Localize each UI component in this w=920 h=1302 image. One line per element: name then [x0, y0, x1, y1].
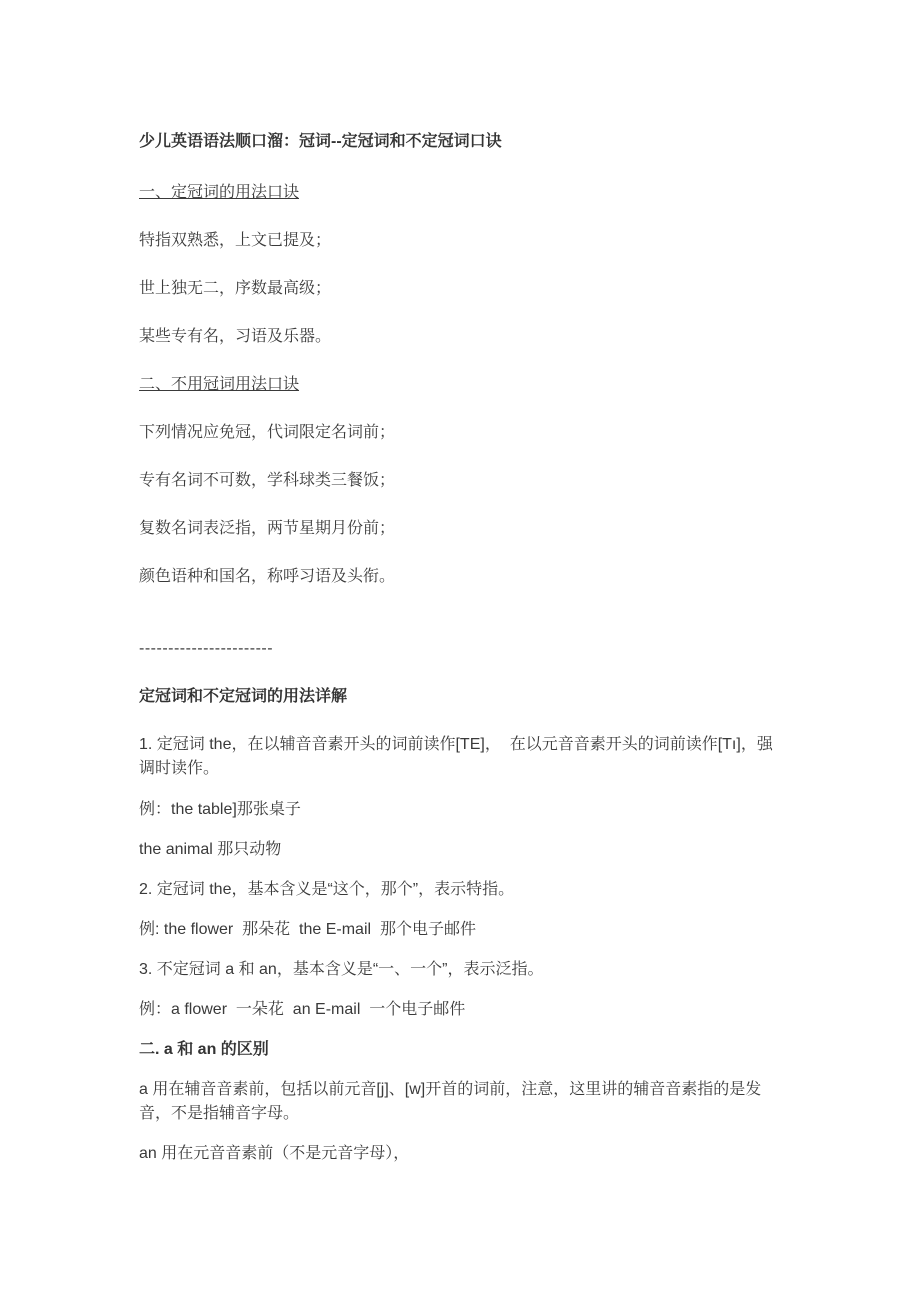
section1-rhyme-line: 特指双熟悉，上文已提及；: [139, 229, 781, 253]
section2-rhyme-line: 下列情况应免冠，代词限定名词前；: [139, 421, 781, 445]
detail-example: 例：a flower 一朵花 an E-mail 一个电子邮件: [139, 998, 781, 1022]
section2-rhyme-line: 颜色语种和国名，称呼习语及头衔。: [139, 565, 781, 589]
section1-rhyme-line: 某些专有名，习语及乐器。: [139, 325, 781, 349]
detail-paragraph: an 用在元音音素前（不是元音字母），: [139, 1142, 781, 1166]
section2-rhyme-line: 专有名词不可数，学科球类三餐饭；: [139, 469, 781, 493]
document-page: 少儿英语语法顺口溜：冠词--定冠词和不定冠词口诀 一、定冠词的用法口诀 特指双熟…: [0, 0, 920, 1302]
detail-paragraph: 2. 定冠词 the，基本含义是“这个，那个”，表示特指。: [139, 878, 781, 902]
detail-paragraph: 1. 定冠词 the，在以辅音音素开头的词前读作[TE]， 在以元音音素开头的词…: [139, 733, 781, 781]
detail-example: 例: the flower 那朵花 the E-mail 那个电子邮件: [139, 918, 781, 942]
section2-rhyme-line: 复数名词表泛指，两节星期月份前；: [139, 517, 781, 541]
section2-heading: 二、不用冠词用法口诀: [139, 373, 781, 397]
detail-paragraph: a 用在辅音音素前，包括以前元音[j]、[w]开首的词前，注意，这里讲的辅音音素…: [139, 1078, 781, 1126]
detail-example: 例：the table]那张桌子: [139, 798, 781, 822]
detail-heading: 定冠词和不定冠词的用法详解: [139, 685, 781, 709]
detail-paragraph: 3. 不定冠词 a 和 an，基本含义是“一、一个”，表示泛指。: [139, 958, 781, 982]
dashed-separator: -----------------------: [139, 637, 781, 661]
document-title: 少儿英语语法顺口溜：冠词--定冠词和不定冠词口诀: [139, 130, 781, 154]
subsection-heading: 二. a 和 an 的区别: [139, 1038, 781, 1062]
section1-rhyme-line: 世上独无二，序数最高级；: [139, 277, 781, 301]
detail-example: the animal 那只动物: [139, 838, 781, 862]
section1-heading: 一、定冠词的用法口诀: [139, 181, 781, 205]
